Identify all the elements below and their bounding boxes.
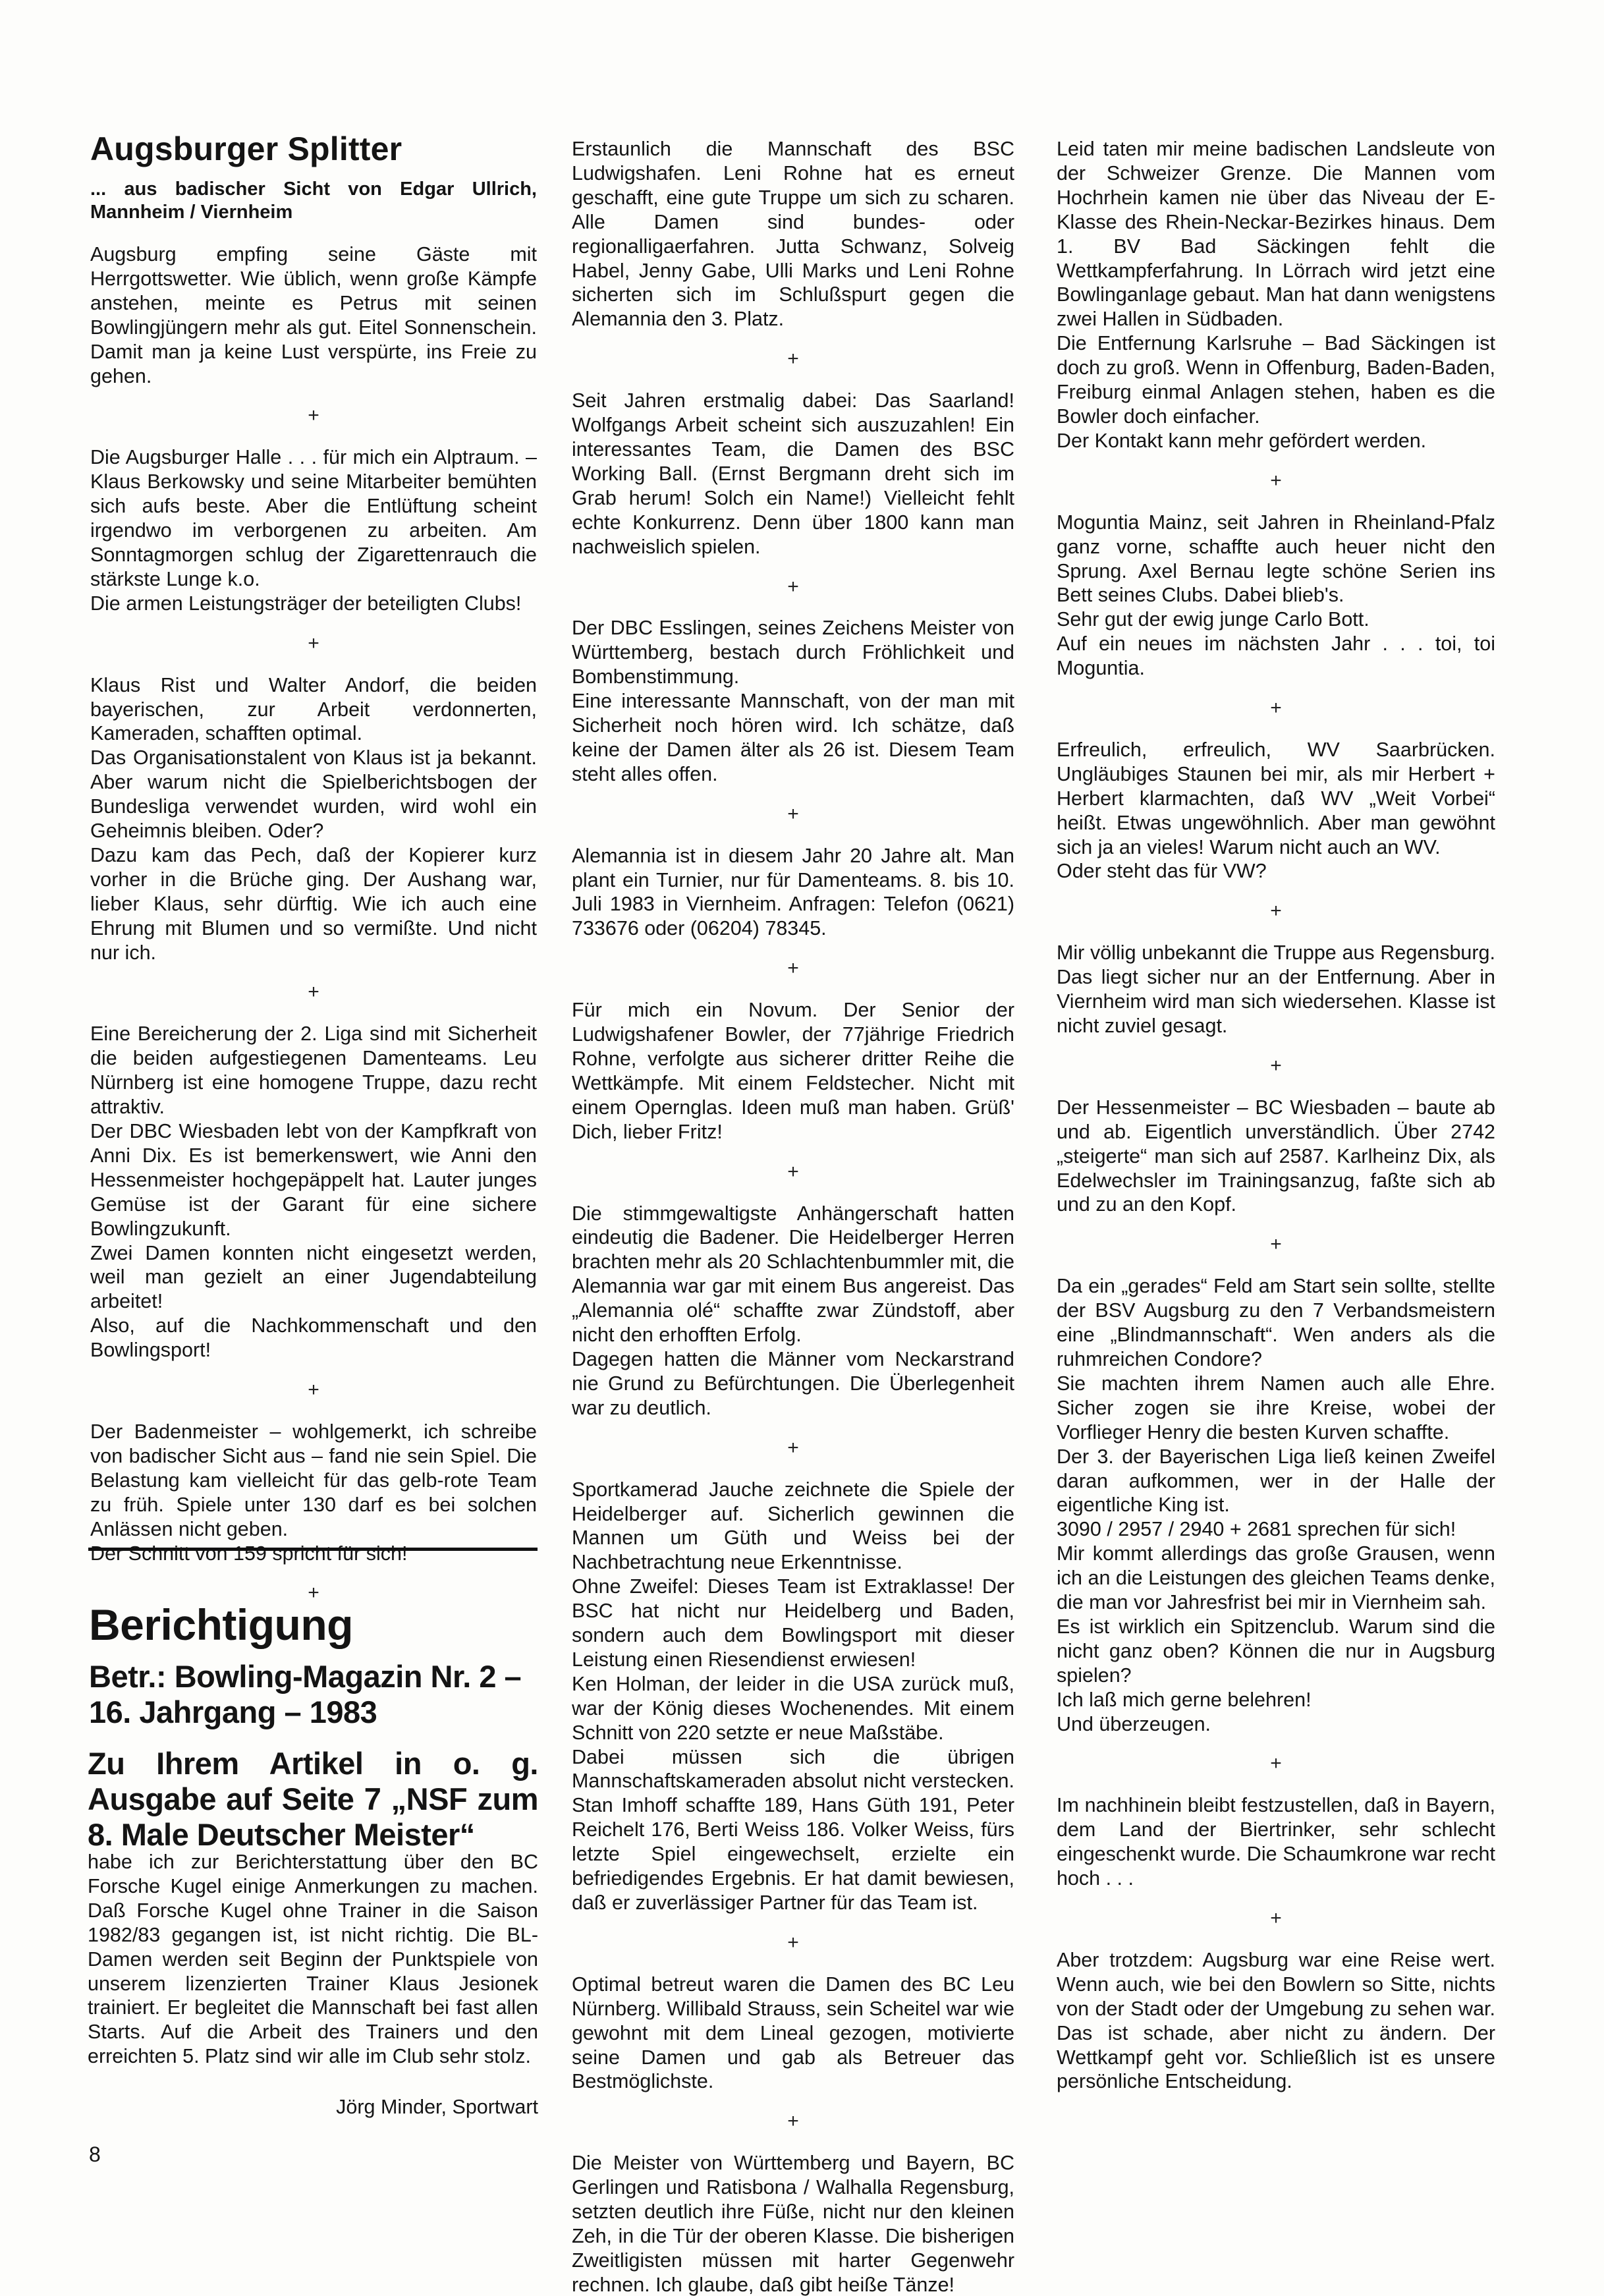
paragraph: Ohne Zweifel: Dieses Team ist Extraklass… [572, 1575, 1014, 1672]
paragraph: Erstaunlich die Mannschaft des BSC Ludwi… [572, 137, 1014, 331]
paragraph: Leid taten mir meine badischen Landsleut… [1057, 137, 1495, 331]
section-separator-plus-icon: + [1057, 1054, 1495, 1078]
section-separator-plus-icon: + [1057, 1233, 1495, 1257]
section-separator-plus-icon: + [572, 957, 1014, 981]
article-section: Augsburg empfing seine Gäste mit Herrgot… [90, 242, 537, 388]
paragraph: Klaus Rist und Walter Andorf, die beiden… [90, 673, 537, 746]
paragraph: Die Entfernung Karlsruhe – Bad Säckingen… [1057, 331, 1495, 429]
paragraph: Ich laß mich gerne belehren! [1057, 1688, 1495, 1712]
section-separator-plus-icon: + [572, 1160, 1014, 1185]
paragraph: Und überzeugen. [1057, 1712, 1495, 1737]
section-separator-plus-icon: + [572, 1931, 1014, 1955]
paragraph: Mir völlig unbekannt die Truppe aus Rege… [1057, 941, 1495, 1038]
section-separator-plus-icon: + [572, 575, 1014, 600]
correction-headline: Zu Ihrem Artikel in o. g. Ausgabe auf Se… [88, 1746, 538, 1853]
article-section: Leid taten mir meine badischen Landsleut… [1057, 137, 1495, 453]
paragraph: Augsburg empfing seine Gäste mit Herrgot… [90, 242, 537, 388]
correction-subtitle: Betr.: Bowling-Magazin Nr. 2 – 16. Jahrg… [89, 1659, 543, 1730]
section-separator-plus-icon: + [90, 1378, 537, 1403]
article-section: Für mich ein Novum. Der Senior der Ludwi… [572, 998, 1014, 1144]
paragraph: Ken Holman, der leider in die USA zurück… [572, 1672, 1014, 1745]
section-separator-plus-icon: + [1057, 1752, 1495, 1776]
middle-column: Erstaunlich die Mannschaft des BSC Ludwi… [572, 137, 1014, 2296]
paragraph: Oder steht das für VW? [1057, 859, 1495, 883]
paragraph: Sportkamerad Jauche zeichnete die Spiele… [572, 1478, 1014, 1575]
paragraph: Die Meister von Württemberg und Bayern, … [572, 2151, 1014, 2296]
paragraph: Die armen Leistungsträger der beteiligte… [90, 592, 537, 616]
paragraph: Für mich ein Novum. Der Senior der Ludwi… [572, 998, 1014, 1144]
article-section: Die stimmgewaltigste Anhängerschaft hatt… [572, 1202, 1014, 1420]
article-section: Der Hessenmeister – BC Wiesbaden – baute… [1057, 1096, 1495, 1218]
section-divider [88, 1548, 538, 1551]
paragraph: Eine Bereicherung der 2. Liga sind mit S… [90, 1022, 537, 1119]
article-section: Sportkamerad Jauche zeichnete die Spiele… [572, 1478, 1014, 1915]
section-separator-plus-icon: + [572, 802, 1014, 827]
section-separator-plus-icon: + [90, 632, 537, 656]
section-separator-plus-icon: + [1057, 469, 1495, 493]
section-separator-plus-icon: + [90, 404, 537, 428]
paragraph: Da ein „gerades“ Feld am Start sein soll… [1057, 1274, 1495, 1372]
correction-signature: Jörg Minder, Sportwart [336, 2095, 538, 2119]
paragraph: Moguntia Mainz, seit Jahren in Rheinland… [1057, 511, 1495, 608]
paragraph: Sie machten ihrem Namen auch alle Ehre. … [1057, 1372, 1495, 1445]
paragraph: Der Hessenmeister – BC Wiesbaden – baute… [1057, 1096, 1495, 1218]
paragraph: Dazu kam das Pech, daß der Kopierer kurz… [90, 843, 537, 965]
paragraph: Sehr gut der ewig junge Carlo Bott. [1057, 607, 1495, 632]
section-separator-plus-icon: + [572, 347, 1014, 372]
article-section: Der Badenmeister – wohlgemerkt, ich schr… [90, 1420, 537, 1565]
article-section: Optimal betreut waren die Damen des BC L… [572, 1973, 1014, 2094]
right-column: Leid taten mir meine badischen Landsleut… [1057, 137, 1495, 2094]
paragraph: Aber trotzdem: Augsburg war eine Reise w… [1057, 1948, 1495, 2094]
article-section: Da ein „gerades“ Feld am Start sein soll… [1057, 1274, 1495, 1736]
paragraph: Die stimmgewaltigste Anhängerschaft hatt… [572, 1202, 1014, 1347]
paragraph: Zwei Damen konnten nicht eingesetzt werd… [90, 1241, 537, 1314]
article-section: Erfreulich, erfreulich, WV Saarbrücken. … [1057, 738, 1495, 883]
paragraph: Die Augsburger Halle . . . für mich ein … [90, 445, 537, 591]
article-section: Die Augsburger Halle . . . für mich ein … [90, 445, 537, 615]
article-section: Erstaunlich die Mannschaft des BSC Ludwi… [572, 137, 1014, 331]
paragraph: Es ist wirklich ein Spitzenclub. Warum s… [1057, 1615, 1495, 1688]
article-title: Augsburger Splitter [90, 129, 402, 169]
paragraph: Auf ein neues im nächsten Jahr . . . toi… [1057, 632, 1495, 681]
paragraph: Der Kontakt kann mehr gefördert werden. [1057, 429, 1495, 453]
article-section: Aber trotzdem: Augsburg war eine Reise w… [1057, 1948, 1495, 2094]
paragraph: Seit Jahren erstmalig dabei: Das Saarlan… [572, 389, 1014, 559]
paragraph: Dabei müssen sich die übrigen Mannschaft… [572, 1745, 1014, 1915]
article-section: Alemannia ist in diesem Jahr 20 Jahre al… [572, 844, 1014, 941]
article-section: Die Meister von Württemberg und Bayern, … [572, 2151, 1014, 2296]
paragraph: Optimal betreut waren die Damen des BC L… [572, 1973, 1014, 2094]
article-section: Der DBC Esslingen, seines Zeichens Meist… [572, 616, 1014, 786]
section-separator-plus-icon: + [1057, 696, 1495, 721]
paragraph: Erfreulich, erfreulich, WV Saarbrücken. … [1057, 738, 1495, 860]
paragraph: Der DBC Wiesbaden lebt von der Kampfkraf… [90, 1119, 537, 1241]
paragraph: Alemannia ist in diesem Jahr 20 Jahre al… [572, 844, 1014, 941]
section-separator-plus-icon: + [572, 1436, 1014, 1461]
paragraph: Mir kommt allerdings das große Grausen, … [1057, 1542, 1495, 1615]
section-separator-plus-icon: + [90, 980, 537, 1005]
article-section: Mir völlig unbekannt die Truppe aus Rege… [1057, 941, 1495, 1038]
paragraph: Eine interessante Mannschaft, von der ma… [572, 689, 1014, 787]
paragraph: Der Schnitt von 159 spricht für sich! [90, 1542, 537, 1566]
section-separator-plus-icon: + [572, 2110, 1014, 2134]
article-section: Klaus Rist und Walter Andorf, die beiden… [90, 673, 537, 965]
paragraph: Das Organisationstalent von Klaus ist ja… [90, 746, 537, 843]
correction-title: Berichtigung [89, 1600, 353, 1650]
paragraph: Der 3. der Bayerischen Liga ließ keinen … [1057, 1445, 1495, 1518]
paragraph: Im nachhinein bleibt festzustellen, daß … [1057, 1793, 1495, 1891]
article-byline: ... aus badischer Sicht von Edgar Ullric… [90, 178, 537, 224]
paragraph: Dagegen hatten die Männer vom Neckarstra… [572, 1347, 1014, 1420]
article-section: Im nachhinein bleibt festzustellen, daß … [1057, 1793, 1495, 1891]
paragraph: Also, auf die Nachkommenschaft und den B… [90, 1314, 537, 1362]
section-separator-plus-icon: + [1057, 1907, 1495, 1931]
paragraph: Der Badenmeister – wohlgemerkt, ich schr… [90, 1420, 537, 1542]
page-number: 8 [89, 2141, 101, 2168]
section-separator-plus-icon: + [1057, 899, 1495, 924]
paragraph: 3090 / 2957 / 2940 + 2681 sprechen für s… [1057, 1517, 1495, 1542]
paragraph: Der DBC Esslingen, seines Zeichens Meist… [572, 616, 1014, 689]
left-column: Augsburg empfing seine Gäste mit Herrgot… [90, 242, 537, 1623]
article-section: Moguntia Mainz, seit Jahren in Rheinland… [1057, 511, 1495, 681]
correction-body: habe ich zur Berichterstattung über den … [88, 1850, 538, 2069]
article-section: Eine Bereicherung der 2. Liga sind mit S… [90, 1022, 537, 1362]
article-section: Seit Jahren erstmalig dabei: Das Saarlan… [572, 389, 1014, 559]
